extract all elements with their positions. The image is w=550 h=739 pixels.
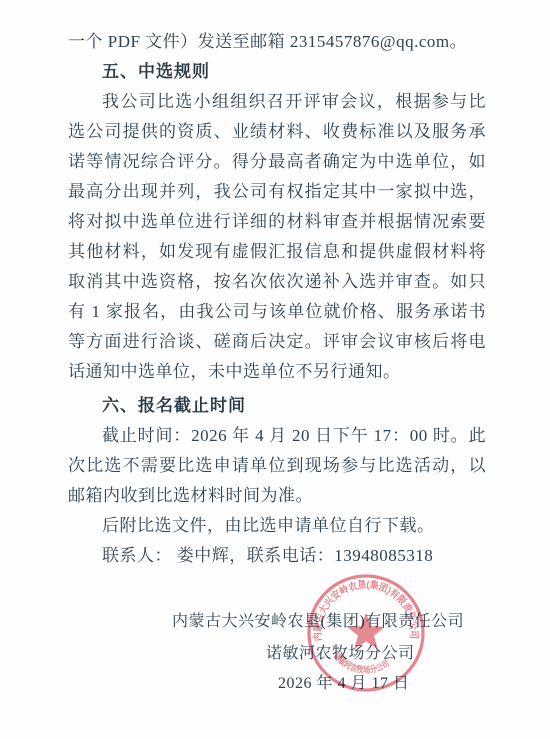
section6-heading: 六、报名截止时间 xyxy=(68,391,486,421)
signature-company-name: 内蒙古大兴安岭农垦(集团)有限责任公司 xyxy=(172,608,464,631)
signature-date: 2026 年 4 月 17 日 xyxy=(278,670,410,693)
section5-paragraph: 我公司比选小组组织召开评审会议，根据参与比选公司提供的资质、业绩材料、收费标准以… xyxy=(68,87,486,387)
section5-heading: 五、中选规则 xyxy=(68,57,486,87)
contact-line: 联系人： 娄中辉，联系电话：13948085318 xyxy=(68,541,486,571)
attachment-note-line: 后附比选文件，由比选申请单位自行下载。 xyxy=(68,511,486,541)
section6-deadline-paragraph: 截止时间：2026 年 4 月 20 日下午 17：00 时。此次比选不需要比选… xyxy=(68,421,486,511)
continuation-line: 一个 PDF 文件）发送至邮箱 2315457876@qq.com。 xyxy=(68,27,486,57)
document-page: 一个 PDF 文件）发送至邮箱 2315457876@qq.com。 五、中选规… xyxy=(0,0,550,739)
document-body: 一个 PDF 文件）发送至邮箱 2315457876@qq.com。 五、中选规… xyxy=(68,27,486,571)
signature-branch-name: 诺敏河农牧场分公司 xyxy=(266,640,415,663)
